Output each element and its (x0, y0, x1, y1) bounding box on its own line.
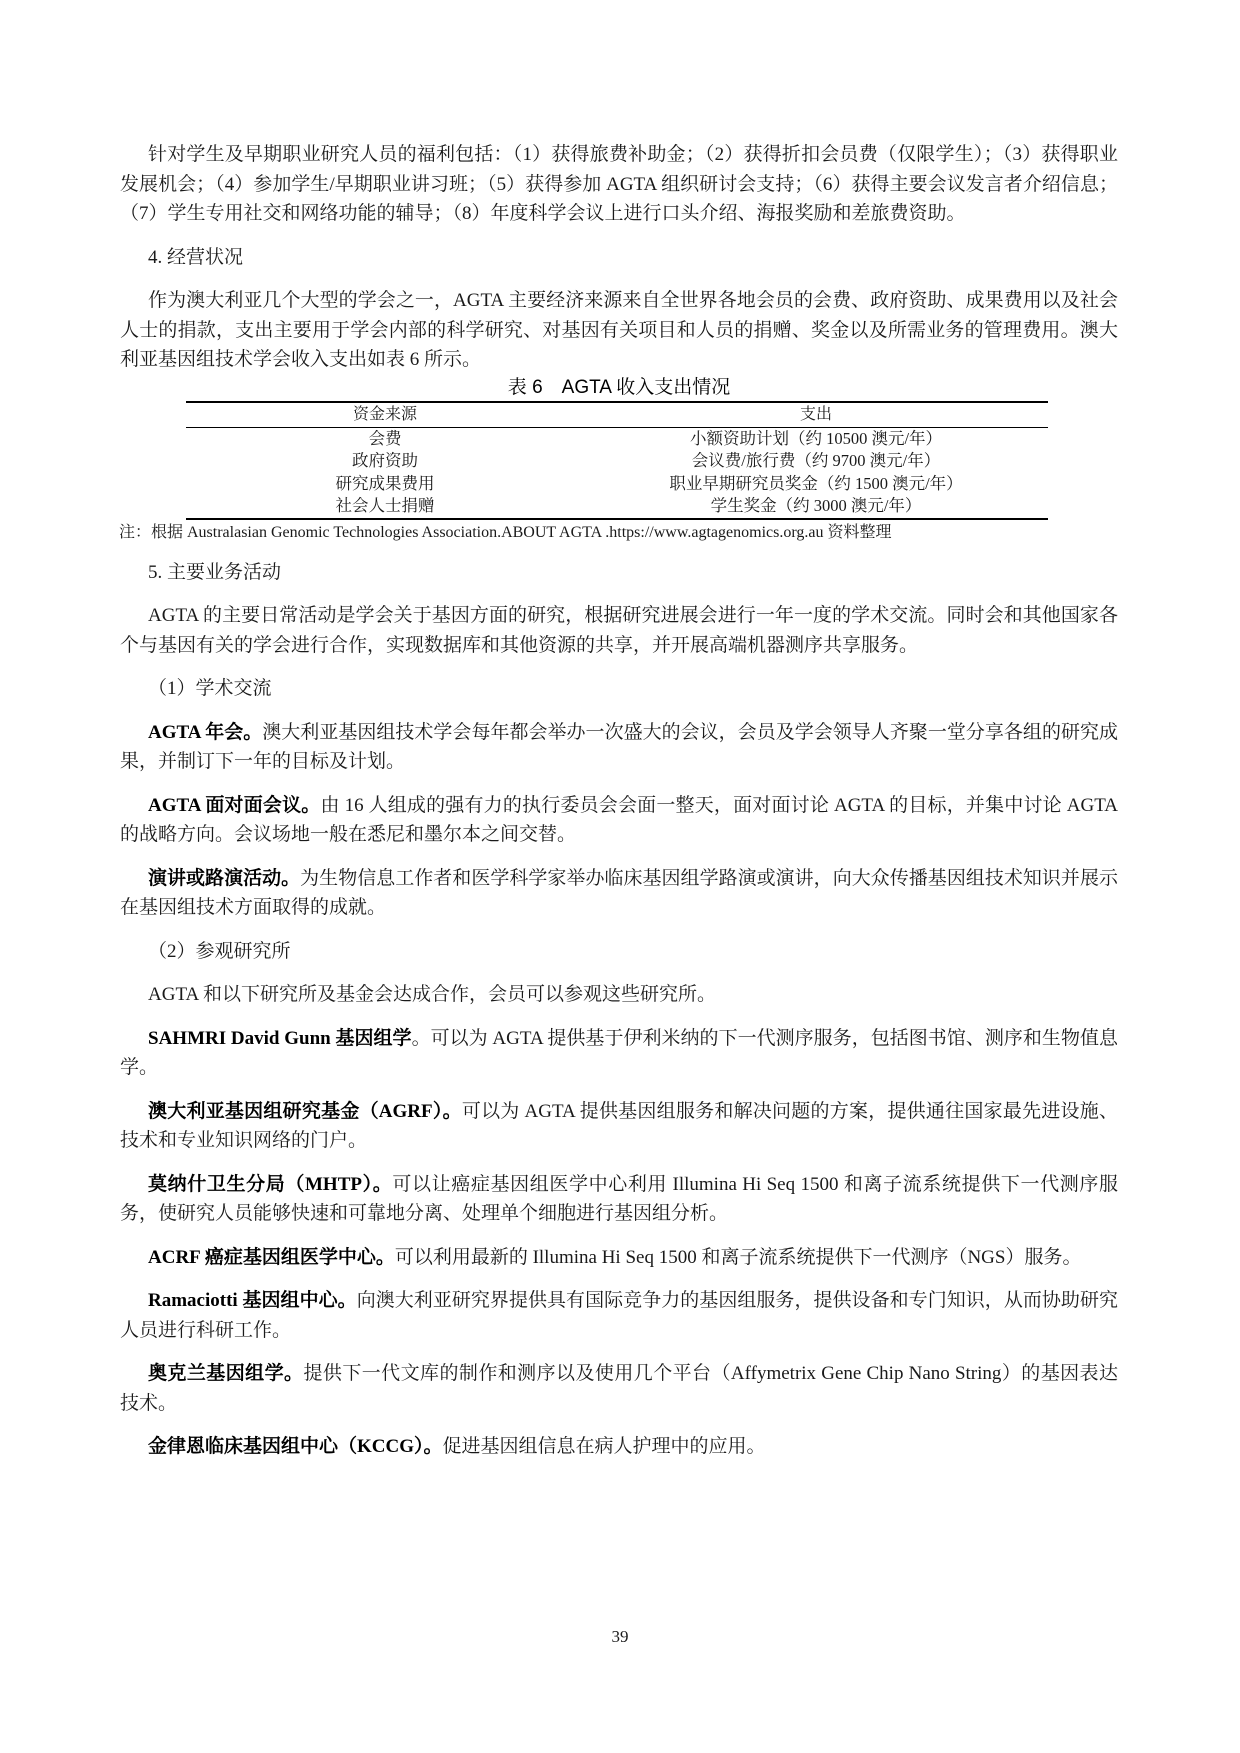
table-header-row: 资金来源 支出 (186, 402, 1048, 428)
table-cell-source: 会费 (186, 427, 584, 450)
table-row: 会费 小额资助计划（约 10500 澳元/年） (186, 427, 1048, 450)
table-cell-source: 研究成果费用 (186, 473, 584, 496)
table-cell-expenditure: 会议费/旅行费（约 9700 澳元/年） (584, 450, 1048, 473)
institute-acrf: ACRF 癌症基因组医学中心。可以利用最新的 Illumina Hi Seq 1… (120, 1243, 1118, 1273)
table-cell-source: 政府资助 (186, 450, 584, 473)
table-row: 研究成果费用 职业早期研究员奖金（约 1500 澳元/年） (186, 473, 1048, 496)
institute-mhtp: 莫纳什卫生分局（MHTP）。可以让癌症基因组医学中心利用 Illumina Hi… (120, 1170, 1118, 1229)
benefits-paragraph: 针对学生及早期职业研究人员的福利包括：（1）获得旅费补助金；（2）获得折扣会员费… (120, 140, 1118, 229)
page-number: 39 (0, 1627, 1240, 1647)
institute-title: ACRF 癌症基因组医学中心。 (148, 1247, 395, 1268)
table-6-caption: 表 6 AGTA 收入支出情况 (120, 377, 1118, 399)
institute-title: SAHMRI David Gunn 基因组学 (148, 1028, 412, 1049)
institute-title: 澳大利亚基因组研究基金（AGRF）。 (148, 1101, 462, 1122)
section-4-paragraph: 作为澳大利亚几个大型的学会之一，AGTA 主要经济来源来自全世界各地会员的会费、… (120, 286, 1118, 375)
institute-auckland: 奥克兰基因组学。提供下一代文库的制作和测序以及使用几个平台（Affymetrix… (120, 1359, 1118, 1418)
table-cell-expenditure: 学生奖金（约 3000 澳元/年） (584, 495, 1048, 519)
table-cell-source: 社会人士捐赠 (186, 495, 584, 519)
activity-face-to-face-meeting: AGTA 面对面会议。由 16 人组成的强有力的执行委员会会面一整天，面对面讨论… (120, 791, 1118, 850)
table-row: 社会人士捐赠 学生奖金（约 3000 澳元/年） (186, 495, 1048, 519)
table-row: 政府资助 会议费/旅行费（约 9700 澳元/年） (186, 450, 1048, 473)
institute-title: Ramaciotti 基因组中心。 (148, 1290, 357, 1311)
subsection-2-heading: （2）参观研究所 (120, 937, 1118, 967)
activity-annual-meeting: AGTA 年会。澳大利亚基因组技术学会每年都会举办一次盛大的会议，会员及学会领导… (120, 718, 1118, 777)
activity-title: AGTA 年会。 (148, 722, 262, 743)
document-page: 针对学生及早期职业研究人员的福利包括：（1）获得旅费补助金；（2）获得折扣会员费… (120, 140, 1118, 1462)
table-cell-expenditure: 职业早期研究员奖金（约 1500 澳元/年） (584, 473, 1048, 496)
activity-title: AGTA 面对面会议。 (148, 795, 321, 816)
table-6-note: 注：根据 Australasian Genomic Technologies A… (119, 522, 1118, 544)
activity-title: 演讲或路演活动。 (148, 868, 300, 889)
table-6-income-expenditure: 资金来源 支出 会费 小额资助计划（约 10500 澳元/年） 政府资助 会议费… (186, 401, 1048, 520)
institute-title: 莫纳什卫生分局（MHTP）。 (148, 1174, 392, 1195)
subsection-1-heading: （1）学术交流 (120, 674, 1118, 704)
section-5-intro: AGTA 的主要日常活动是学会关于基因方面的研究，根据研究进展会进行一年一度的学… (120, 601, 1118, 660)
institute-sahmri: SAHMRI David Gunn 基因组学。可以为 AGTA 提供基于伊利米纳… (120, 1024, 1118, 1083)
activity-roadshow: 演讲或路演活动。为生物信息工作者和医学科学家举办临床基因组学路演或演讲，向大众传… (120, 864, 1118, 923)
column-header-expenditure: 支出 (584, 402, 1048, 428)
section-5-heading: 5. 主要业务活动 (120, 558, 1118, 588)
institute-agrf: 澳大利亚基因组研究基金（AGRF）。可以为 AGTA 提供基因组服务和解决问题的… (120, 1097, 1118, 1156)
institute-kccg: 金律恩临床基因组中心（KCCG）。促进基因组信息在病人护理中的应用。 (120, 1432, 1118, 1462)
institute-title: 奥克兰基因组学。 (148, 1363, 303, 1384)
institute-title: 金律恩临床基因组中心（KCCG）。 (148, 1436, 443, 1457)
table-cell-expenditure: 小额资助计划（约 10500 澳元/年） (584, 427, 1048, 450)
section-4-heading: 4. 经营状况 (120, 243, 1118, 273)
subsection-2-intro: AGTA 和以下研究所及基金会达成合作，会员可以参观这些研究所。 (120, 980, 1118, 1010)
column-header-funding-source: 资金来源 (186, 402, 584, 428)
institute-ramaciotti: Ramaciotti 基因组中心。向澳大利亚研究界提供具有国际竞争力的基因组服务… (120, 1286, 1118, 1345)
